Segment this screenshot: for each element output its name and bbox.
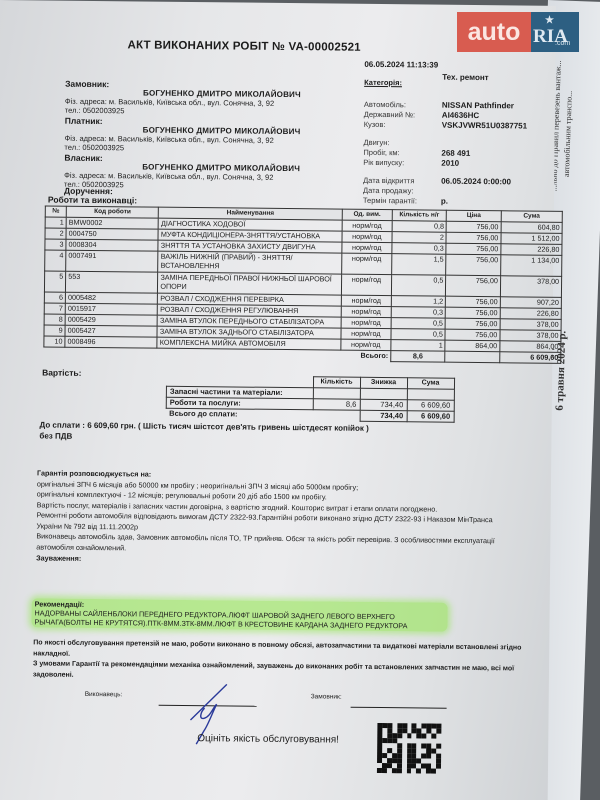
works-cell-sum: 378,00	[500, 330, 561, 342]
autoria-watermark: auto RIA ★ .com	[457, 12, 579, 52]
cost-table: Кількість Знижка Сума Запасні частини та…	[166, 375, 455, 423]
works-cell-unit: норм/год	[342, 231, 392, 243]
watermark-ria: RIA ★ .com	[531, 12, 579, 52]
works-section-title: Роботи та виконавці:	[48, 195, 137, 206]
payment-amount: До сплати : 6 609,60 грн. ( Шість тисяч …	[40, 420, 369, 432]
vehicle-label: Рік випуску:	[363, 158, 441, 169]
works-cell-code: 0015917	[65, 303, 157, 315]
works-cell-n: 5	[44, 271, 65, 292]
works-cell-price: 756,00	[445, 329, 500, 341]
works-cell-n: 9	[44, 325, 65, 336]
works-cell-sum: 378,00	[500, 319, 561, 331]
works-cell-qty: 0,3	[392, 243, 447, 255]
vehicle-label: Кузов:	[364, 120, 442, 131]
party-customer: Замовник: БОГУНЕНКО ДМИТРО МИКОЛАЙОВИЧ Ф…	[65, 79, 325, 119]
works-cell-n: 4	[45, 250, 66, 271]
works-cell-code: 0004750	[66, 228, 158, 240]
vehicle-info: Автомобіль:NISSAN PathfinderДержавний №:…	[363, 100, 554, 208]
cost-total-discount: 734,40	[360, 410, 407, 421]
works-cell-n: 2	[45, 228, 66, 239]
col-unit: Од. вим.	[342, 209, 392, 221]
works-total-sum: 6 609,60	[500, 352, 561, 364]
works-cell-price: 756,00	[446, 307, 501, 319]
works-total-qty: 8,6	[391, 351, 446, 363]
parties: Замовник: БОГУНЕНКО ДМИТРО МИКОЛАЙОВИЧ Ф…	[64, 79, 325, 199]
acceptance-line: З умовами Гарантії та рекомендаціями мех…	[33, 659, 523, 685]
cost-total-sum: 6 609,60	[407, 411, 454, 422]
col-sum: Сума	[407, 378, 454, 389]
works-cell-n: 3	[45, 239, 66, 250]
category-label: Категорія:	[364, 78, 402, 87]
works-cell-n: 6	[44, 292, 65, 303]
works-cell-price: 756,00	[446, 243, 501, 255]
works-cell-qty: 1,5	[392, 254, 447, 276]
works-cell-code: 0008496	[65, 336, 157, 348]
works-cell-qty: 1,2	[391, 296, 446, 308]
works-cell-qty: 0,5	[391, 318, 446, 330]
cost-section-title: Вартість:	[42, 367, 82, 377]
works-cell-code: 0008304	[66, 239, 158, 251]
cost-discount	[360, 388, 407, 399]
works-cell-sum: 1 512,00	[501, 233, 562, 245]
works-cell-unit: норм/год	[341, 328, 391, 340]
cost-qty: 8,6	[313, 399, 360, 410]
vehicle-value: р.	[441, 197, 448, 207]
star-icon: ★	[545, 15, 554, 26]
works-cell-price: 756,00	[446, 254, 501, 276]
works-cell-code: 0005429	[65, 314, 157, 326]
works-cell-code: BMW0002	[66, 217, 158, 229]
cost-discount: 734,40	[360, 399, 407, 410]
works-cell-unit: норм/год	[341, 339, 391, 351]
vehicle-value: 06.05.2024 0:00:00	[441, 177, 511, 188]
vehicle-row: Рік випуску:2010	[363, 158, 553, 170]
works-cell-price: 756,00	[446, 232, 501, 244]
rate-service-text: Оцініть якість обслуговування!	[197, 733, 339, 745]
document-datetime: 06.05.2024 11:13:39	[364, 60, 438, 70]
works-cell-sum: 604,80	[501, 222, 562, 234]
act-document: АКТ ВИКОНАНИХ РОБІТ № VA-00002521 06.05.…	[0, 0, 556, 800]
background-text: автомобільним транспо...	[562, 91, 574, 178]
works-cell-price: 756,00	[446, 296, 501, 308]
works-cell-unit: норм/год	[342, 220, 392, 232]
works-cell-sum: 226,80	[500, 308, 561, 320]
col-discount: Знижка	[360, 377, 407, 388]
cost-row-label: Запасні частини та матеріали:	[166, 386, 313, 399]
cost-row-label: Роботи та послуги:	[166, 397, 313, 410]
works-cell-name: ЗАМІНА ПЕРЕДНЬОЇ ПРАВОЇ НИЖНЬОЇ ШАРОВОЇ …	[158, 272, 342, 295]
col-qty: Кількість	[313, 377, 360, 388]
recommendations: Рекомендації: НАДОРВАНЫ САЙЛЕНБЛОКИ ПЕРЕ…	[31, 598, 447, 631]
works-cell-n: 7	[44, 303, 65, 314]
works-cell-unit: норм/год	[342, 242, 392, 254]
works-cell-sum: 864,00	[500, 341, 561, 353]
works-cell-unit: норм/год	[341, 253, 391, 275]
recommendations-text: НАДОРВАНЫ САЙЛЕНБЛОКИ ПЕРЕДНЕГО РЕДУКТОР…	[34, 608, 444, 630]
works-cell-code: 0005427	[65, 325, 157, 337]
col-number: №	[45, 206, 66, 217]
col-sum: Сума	[501, 211, 562, 223]
executor-label: Виконавець:	[85, 691, 123, 698]
works-total-empty	[445, 351, 500, 363]
col-price: Ціна	[447, 210, 502, 222]
document-title: АКТ ВИКОНАНИХ РОБІТ № VA-00002521	[127, 39, 360, 53]
works-cell-unit: норм/год	[341, 306, 391, 318]
category-value: Тех. ремонт	[442, 73, 488, 82]
works-cell-qty: 0,5	[391, 275, 446, 297]
works-cell-price: 756,00	[446, 221, 501, 233]
vehicle-value: VSKJVWR51U0387751	[442, 121, 527, 132]
works-cell-qty: 1	[391, 340, 446, 352]
cost-qty	[313, 388, 360, 399]
works-cell-qty: 2	[392, 232, 447, 244]
cost-sum	[407, 389, 454, 400]
works-cell-price: 756,00	[446, 275, 501, 297]
vehicle-row: Термін гарантії:р.	[363, 196, 553, 208]
works-cell-price: 756,00	[445, 318, 500, 330]
vehicle-row: Кузов:VSKJVWR51U0387751	[364, 120, 554, 132]
works-cell-unit: норм/год	[341, 317, 391, 329]
works-cell-price: 864,00	[445, 340, 500, 352]
works-cell-code: 553	[66, 271, 158, 293]
customer-signature-line	[351, 707, 447, 709]
works-cell-sum: 1 134,00	[500, 255, 561, 277]
cost-total-row: Всього до сплати: 734,40 6 609,60	[166, 408, 454, 422]
works-cell-qty: 0,3	[391, 307, 446, 319]
works-cell-sum: 378,00	[500, 276, 561, 298]
vehicle-value: AI4636HC	[442, 111, 479, 121]
payment-vat: без ПДВ	[39, 431, 72, 440]
works-cell-qty: 0,8	[392, 221, 447, 233]
works-cell-qty: 0,5	[391, 329, 446, 341]
party-payer: Платник: БОГУНЕНКО ДМИТРО МИКОЛАЙОВИЧ Фі…	[64, 116, 324, 156]
works-table: № Код роботи Найменування Од. вим. Кільк…	[43, 205, 563, 363]
works-cell-sum: 907,20	[500, 297, 561, 309]
works-cell-n: 8	[44, 314, 65, 325]
col-qty: Кількість н/г	[392, 210, 447, 222]
vehicle-value: 2010	[441, 159, 459, 169]
watermark-auto: auto	[457, 12, 531, 52]
works-cell-code: 0005482	[65, 292, 157, 304]
works-total-label: Всього:	[341, 350, 391, 362]
works-cell-n: 10	[44, 336, 65, 347]
vehicle-label: Термін гарантії:	[363, 196, 441, 207]
qr-code[interactable]	[377, 723, 442, 774]
works-cell-unit: норм/год	[341, 274, 391, 296]
works-cell-name: ВАЖІЛЬ НИЖНІЙ (ПРАВИЙ) - ЗНЯТТЯ/ВСТАНОВЛ…	[158, 251, 342, 274]
works-cell-sum: 226,80	[501, 244, 562, 256]
works-cell-unit: норм/год	[341, 295, 391, 307]
works-cell-code: 0007491	[66, 250, 158, 272]
works-cell-n: 1	[45, 217, 66, 228]
cost-sum: 6 609,60	[407, 400, 454, 411]
customer-label: Замовник:	[311, 693, 342, 700]
vehicle-value: 268 491	[441, 149, 470, 159]
party-owner: Власник: БОГУНЕНКО ДМИТРО МИКОЛАЙОВИЧ Фі…	[64, 153, 324, 189]
acceptance-block: По якості обслуговування претензій не ма…	[33, 638, 523, 685]
cost-total-label: Всього до сплати:	[166, 408, 313, 421]
watermark-domain: .com	[555, 40, 570, 47]
warranty-block: Гарантія розповсюджується на: оригінальн…	[36, 468, 537, 569]
